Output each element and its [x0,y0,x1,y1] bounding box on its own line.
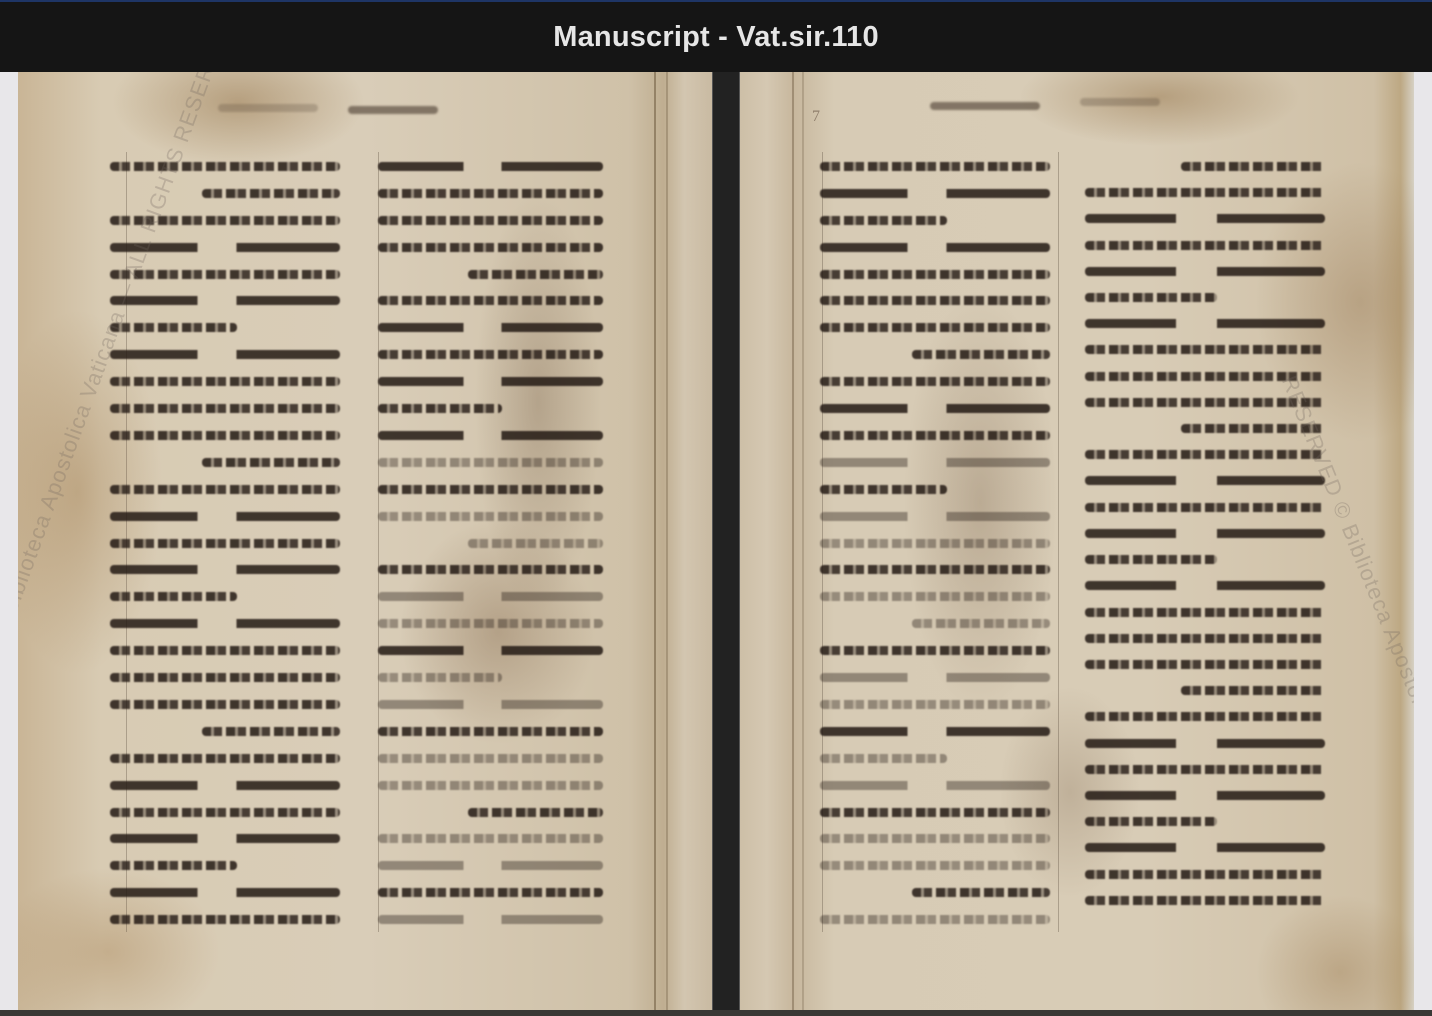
script-line [820,915,1050,924]
script-line [1085,817,1217,826]
script-line [820,216,947,225]
script-line [110,646,340,655]
script-line [378,323,603,332]
script-line [202,727,340,736]
script-line [820,700,1050,709]
script-line [378,754,603,763]
script-line [1085,450,1325,459]
text-column-2 [1085,156,1325,916]
script-line [912,619,1050,628]
running-header [348,106,438,114]
script-line [820,323,1050,332]
script-line [110,162,340,171]
script-line [820,431,1050,440]
script-line [378,431,603,440]
script-line [820,592,1050,601]
script-line [1085,739,1325,748]
script-line [1085,529,1325,538]
script-line [468,270,603,279]
script-line [378,485,603,494]
script-line [110,619,340,628]
script-line [378,888,603,897]
script-line [820,861,1050,870]
script-line [1085,241,1325,250]
script-line [1085,660,1325,669]
script-line [820,754,947,763]
script-line [1085,791,1325,800]
script-line [820,296,1050,305]
script-line [1085,188,1325,197]
folio-number: 7 [812,108,820,126]
script-line [110,565,340,574]
page-gutter [712,72,740,1010]
script-line [468,808,603,817]
script-line [820,808,1050,817]
script-line [820,243,1050,252]
text-column-1 [820,156,1050,936]
script-line [110,808,340,817]
script-line [378,296,603,305]
script-line [110,915,340,924]
script-line [820,727,1050,736]
script-line [820,781,1050,790]
script-line [378,781,603,790]
script-line [202,189,340,198]
script-line [1085,555,1217,564]
script-line [202,458,340,467]
running-header [930,102,1040,110]
script-line [378,700,603,709]
script-line [1085,765,1325,774]
script-line [378,915,603,924]
script-line [110,539,340,548]
manuscript-viewer[interactable]: © Biblioteca Apostolica Vaticana — ALL R… [0,72,1432,1010]
script-line [378,377,603,386]
script-line [378,592,603,601]
script-line [378,646,603,655]
script-line [1085,345,1325,354]
script-line [378,458,603,467]
script-line [110,834,340,843]
script-line [378,727,603,736]
script-line [1181,686,1325,695]
script-line [1085,581,1325,590]
page-fold [802,72,804,1010]
text-column-2 [378,156,603,936]
script-line [378,189,603,198]
script-line [1085,214,1325,223]
script-line [378,619,603,628]
script-line [110,404,340,413]
script-line [378,861,603,870]
script-line [820,270,1050,279]
script-line [1085,267,1325,276]
script-line [468,539,603,548]
manuscript-page-right: 7 RESERVED © Biblioteca Apostolica [740,72,1414,1010]
script-line [820,673,1050,682]
title-bar: Manuscript - Vat.sir.110 [0,2,1432,72]
script-line [378,673,502,682]
script-line [1181,162,1325,171]
running-header [1080,98,1160,106]
script-line [110,673,340,682]
window-title: Manuscript - Vat.sir.110 [553,21,879,54]
script-line [1085,896,1325,905]
script-line [110,431,340,440]
page-fold [654,72,656,1010]
script-line [110,350,340,359]
script-line [820,485,947,494]
script-line [110,861,237,870]
script-line [1085,634,1325,643]
viewer-bottom-edge [0,1010,1432,1016]
script-line [110,377,340,386]
script-line [820,162,1050,171]
script-line [820,189,1050,198]
script-line [1085,608,1325,617]
script-line [378,565,603,574]
script-line [1085,870,1325,879]
script-line [110,485,340,494]
script-line [378,350,603,359]
script-line [110,512,340,521]
script-line [820,512,1050,521]
script-line [378,404,502,413]
script-line [110,888,340,897]
script-line [820,646,1050,655]
script-line [820,539,1050,548]
script-line [110,296,340,305]
script-line [1085,293,1217,302]
script-line [110,323,237,332]
page-fold [792,72,794,1010]
script-line [110,592,237,601]
script-line [1085,712,1325,721]
script-line [912,888,1050,897]
script-line [912,350,1050,359]
script-line [378,834,603,843]
script-line [378,216,603,225]
page-fold [666,72,668,1010]
ruling-line [1058,152,1059,932]
script-line [1085,476,1325,485]
script-line [820,377,1050,386]
manuscript-page-left: © Biblioteca Apostolica Vaticana — ALL R… [18,72,712,1010]
script-line [110,754,340,763]
script-line [110,781,340,790]
script-line [1085,843,1325,852]
script-line [378,243,603,252]
script-line [820,565,1050,574]
script-line [1085,503,1325,512]
script-line [110,700,340,709]
script-line [378,512,603,521]
script-line [1085,319,1325,328]
script-line [378,162,603,171]
running-header [218,104,318,112]
script-line [820,458,1050,467]
script-line [820,834,1050,843]
script-line [820,404,1050,413]
